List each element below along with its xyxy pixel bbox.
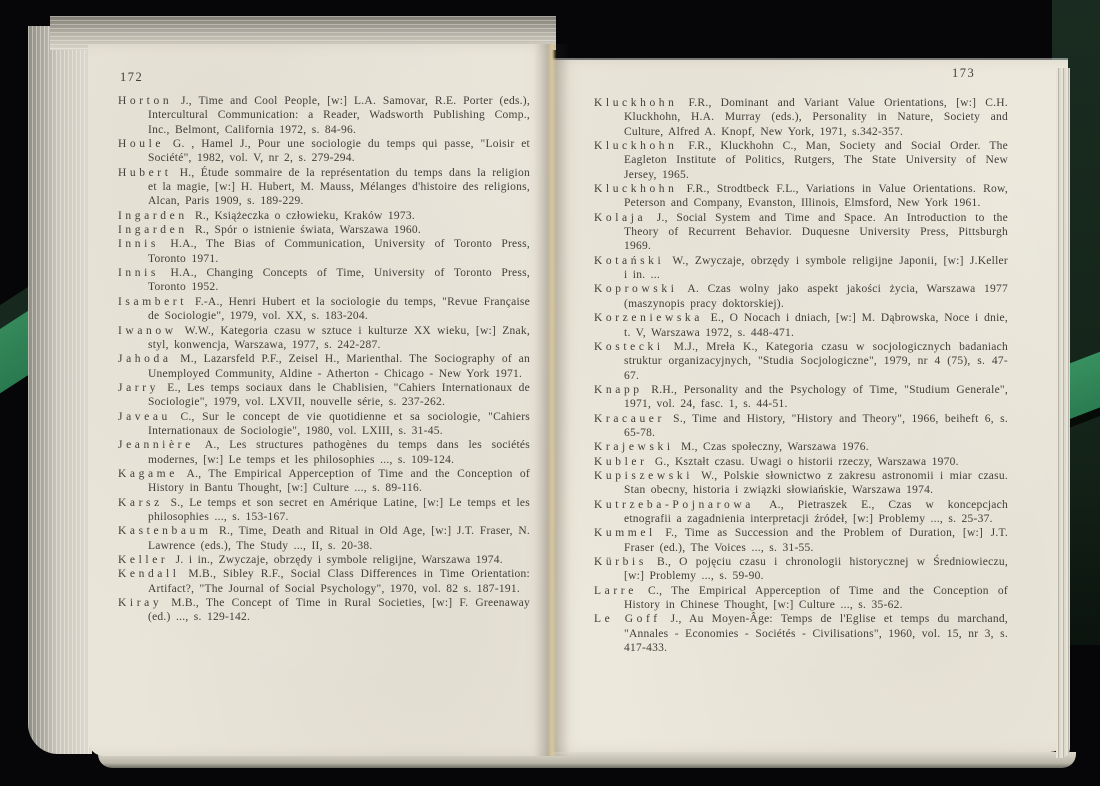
entry-text: S., Le temps et son secret en Amérique L… [148, 497, 530, 523]
entry-text: S., Time and History, "History and Theor… [624, 413, 1008, 439]
entry-text: F.-A., Henri Hubert et la sociologie du … [148, 296, 530, 322]
author-surname: Kastenbaum [118, 525, 211, 537]
author-surname: Kolaja [594, 212, 646, 224]
author-surname: Korzeniewska [594, 312, 703, 324]
bib-entry: Larre C., The Empirical Apperception of … [594, 584, 1008, 613]
author-surname: Jarry [118, 382, 159, 394]
author-surname: Kendall [118, 568, 180, 580]
author-surname: Kracauer [594, 413, 665, 425]
entry-text: E., Les temps sociaux dans le Chablisien… [148, 382, 530, 408]
entry-text: J. i in., Zwyczaje, obrzędy i symbole re… [170, 554, 503, 566]
bib-entry: Kotański W., Zwyczaje, obrzędy i symbole… [594, 254, 1008, 283]
author-surname: Le Goff [594, 613, 661, 625]
author-surname: Jeannière [118, 439, 194, 451]
entry-text: C., Sur le concept de vie quotidienne et… [148, 411, 530, 437]
bib-entry: Kummel F., Time as Succession and the Pr… [594, 526, 1008, 555]
author-surname: Kotański [594, 255, 664, 267]
entry-text: R.H., Personality and the Psychology of … [624, 384, 1008, 410]
author-surname: Kluckhohn [594, 97, 678, 109]
author-surname: Larre [594, 585, 637, 597]
author-surname: Isambert [118, 296, 187, 308]
bib-entry: Keller J. i in., Zwyczaje, obrzędy i sym… [118, 553, 530, 567]
book-photo-scene: 172 173 Horton J., Time and Cool People,… [0, 0, 1100, 786]
bib-entry: Kagame A., The Empirical Apperception of… [118, 467, 530, 496]
entry-text: F., Time as Succession and the Problem o… [624, 527, 1008, 553]
author-surname: Houle [118, 138, 164, 150]
author-surname: Hubert [118, 167, 172, 179]
entry-text: G. , Hamel J., Pour une sociologie du te… [148, 138, 530, 164]
bib-entry: Kürbis B., O pojęciu czasu i chronologii… [594, 555, 1008, 584]
author-surname: Kürbis [594, 556, 647, 568]
entry-text: F.R., Kluckhohn C., Man, Society and Soc… [624, 140, 1008, 181]
entry-text: F.R., Strodtbeck F.L., Variations in Val… [624, 183, 1008, 209]
bib-entry: Kolaja J., Social System and Time and Sp… [594, 211, 1008, 254]
author-surname: Kubler [594, 456, 648, 468]
left-page-number: 172 [120, 70, 143, 85]
author-surname: Kostecki [594, 341, 664, 353]
entry-text: W.W., Kategoria czasu w sztuce i kulturz… [148, 325, 530, 351]
bib-entry: Koprowski A. Czas wolny jako aspekt jako… [594, 282, 1008, 311]
entry-text: B., O pojęciu czasu i chronologii histor… [624, 556, 1008, 582]
entry-text: H.A., Changing Concepts of Time, Univers… [148, 267, 530, 293]
bib-entry: Karsz S., Le temps et son secret en Amér… [118, 496, 530, 525]
entry-text: A. Czas wolny jako aspekt jakości życia,… [624, 283, 1008, 309]
bib-entry: Houle G. , Hamel J., Pour une sociologie… [118, 137, 530, 166]
author-surname: Jahoda [118, 353, 172, 365]
author-surname: Karsz [118, 497, 163, 509]
bib-entry: Iwanow W.W., Kategoria czasu w sztuce i … [118, 324, 530, 353]
bib-entry: Kendall M.B., Sibley R.F., Social Class … [118, 567, 530, 596]
author-surname: Ingarden [118, 210, 188, 222]
page-stack-left-edge [28, 26, 92, 754]
left-page-entries: Horton J., Time and Cool People, [w:] L.… [118, 94, 530, 625]
entry-text: H.A., The Bias of Communication, Univers… [148, 238, 530, 264]
author-surname: Innis [118, 267, 159, 279]
bib-entry: Javeau C., Sur le concept de vie quotidi… [118, 410, 530, 439]
bib-entry: Jahoda M., Lazarsfeld P.F., Zeisel H., M… [118, 352, 530, 381]
bib-entry: Kupiszewski W., Polskie słownictwo z zak… [594, 469, 1008, 498]
bib-entry: Isambert F.-A., Henri Hubert et la socio… [118, 295, 530, 324]
right-page-entries: Kluckhohn F.R., Dominant and Variant Val… [594, 96, 1008, 655]
bib-entry: Kracauer S., Time and History, "History … [594, 412, 1008, 441]
bib-entry: Kiray M.B., The Concept of Time in Rural… [118, 596, 530, 625]
entry-text: M.B., The Concept of Time in Rural Socie… [148, 597, 530, 623]
entry-text: J., Au Moyen-Âge: Temps de l'Eglise et t… [624, 613, 1008, 654]
bib-entry: Kluckhohn F.R., Dominant and Variant Val… [594, 96, 1008, 139]
entry-text: M.B., Sibley R.F., Social Class Differen… [148, 568, 530, 594]
entry-text: R., Spór o istnienie świata, Warszawa 19… [190, 224, 421, 236]
entry-text: A., The Empirical Apperception of Time a… [148, 468, 530, 494]
entry-text: F.R., Dominant and Variant Value Orienta… [624, 97, 1008, 138]
author-surname: Kiray [118, 597, 162, 609]
open-book: 172 173 Horton J., Time and Cool People,… [28, 16, 1076, 764]
bib-entry: Kostecki M.J., Mreła K., Kategoria czasu… [594, 340, 1008, 383]
entry-text: J., Time and Cool People, [w:] L.A. Samo… [148, 95, 530, 136]
author-surname: Kagame [118, 468, 178, 480]
bib-entry: Kluckhohn F.R., Kluckhohn C., Man, Socie… [594, 139, 1008, 182]
bib-entry: Innis H.A., Changing Concepts of Time, U… [118, 266, 530, 295]
author-surname: Kutrzeba-Pojnarowa [594, 499, 754, 511]
author-surname: Horton [118, 95, 172, 107]
author-surname: Innis [118, 238, 159, 250]
author-surname: Krajewski [594, 441, 674, 453]
right-page-number: 173 [952, 66, 975, 81]
right-fore-edge [1056, 68, 1070, 758]
bib-entry: Kubler G., Kształt czasu. Uwagi o histor… [594, 455, 1008, 469]
bib-entry: Innis H.A., The Bias of Communication, U… [118, 237, 530, 266]
bib-entry: Ingarden R., Książeczka o człowieku, Kra… [118, 209, 530, 223]
author-surname: Keller [118, 554, 168, 566]
author-surname: Kluckhohn [594, 140, 678, 152]
author-surname: Iwanow [118, 325, 177, 337]
entry-text: H., Étude sommaire de la représentation … [148, 167, 530, 208]
author-surname: Knapp [594, 384, 643, 396]
entry-text: A., Les structures pathogènes du temps d… [148, 439, 530, 465]
entry-text: M.J., Mreła K., Kategoria czasu w socjol… [624, 341, 1008, 382]
entry-text: M., Czas społeczny, Warszawa 1976. [676, 441, 869, 453]
entry-text: M., Lazarsfeld P.F., Zeisel H., Marienth… [148, 353, 530, 379]
bib-entry: Kluckhohn F.R., Strodtbeck F.L., Variati… [594, 182, 1008, 211]
bib-entry: Hubert H., Étude sommaire de la représen… [118, 166, 530, 209]
author-surname: Javeau [118, 411, 171, 423]
bib-entry: Horton J., Time and Cool People, [w:] L.… [118, 94, 530, 137]
entry-text: C., The Empirical Apperception of Time a… [624, 585, 1008, 611]
entry-text: G., Kształt czasu. Uwagi o historii rzec… [650, 456, 959, 468]
bib-entry: Jarry E., Les temps sociaux dans le Chab… [118, 381, 530, 410]
author-surname: Ingarden [118, 224, 188, 236]
author-surname: Kluckhohn [594, 183, 678, 195]
entry-text: J., Social System and Time and Space. An… [624, 212, 1008, 253]
author-surname: Koprowski [594, 283, 678, 295]
bib-entry: Le Goff J., Au Moyen-Âge: Temps de l'Egl… [594, 612, 1008, 655]
bib-entry: Jeannière A., Les structures pathogènes … [118, 438, 530, 467]
bib-entry: Ingarden R., Spór o istnienie świata, Wa… [118, 223, 530, 237]
bib-entry: Kastenbaum R., Time, Death and Ritual in… [118, 524, 530, 553]
bib-entry: Kutrzeba-Pojnarowa A., Pietraszek E., Cz… [594, 498, 1008, 527]
author-surname: Kupiszewski [594, 470, 693, 482]
bib-entry: Knapp R.H., Personality and the Psycholo… [594, 383, 1008, 412]
bib-entry: Krajewski M., Czas społeczny, Warszawa 1… [594, 440, 1008, 454]
bib-entry: Korzeniewska E., O Nocach i dniach, [w:]… [594, 311, 1008, 340]
author-surname: Kummel [594, 527, 656, 539]
entry-text: W., Zwyczaje, obrzędy i symbole religijn… [624, 255, 1008, 281]
entry-text: R., Książeczka o człowieku, Kraków 1973. [190, 210, 415, 222]
